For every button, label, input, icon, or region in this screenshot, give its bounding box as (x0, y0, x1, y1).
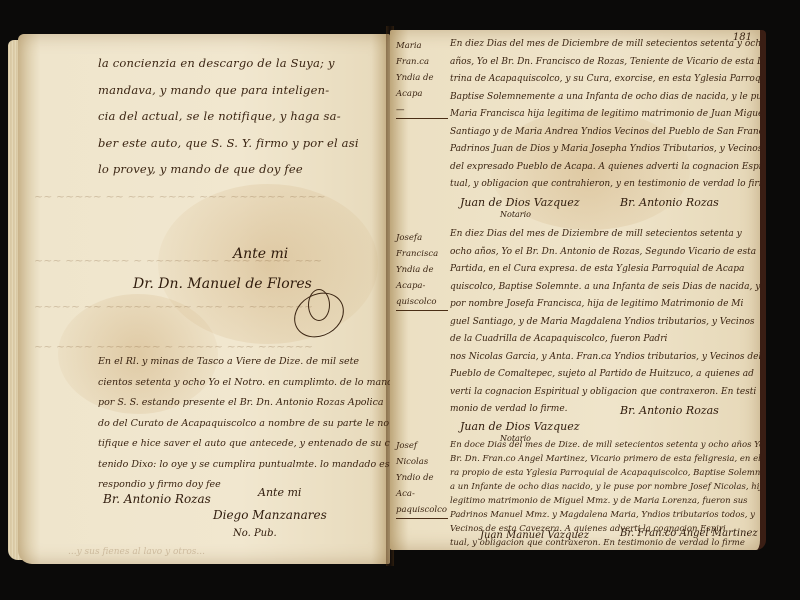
ante-mi-label-2: Ante mi (258, 486, 301, 499)
text-line: Baptise Solemnemente a una Infanta de oc… (450, 89, 755, 107)
text-line: Br. Dn. Fran.co Angel Martinez, Vicario … (450, 452, 755, 466)
text-line: Partida, en el Cura expresa. de esta Ygl… (450, 261, 755, 279)
text-line: Padrinos Juan de Dios y Maria Josepha Yn… (450, 141, 755, 159)
left-lower-paragraph: En el Rl. y minas de Tasco a Viere de Di… (98, 352, 388, 496)
right-page: 181 Maria Fran.ca Yndia de Acapa — En di… (390, 30, 766, 550)
text-line: ber este auto, que S. S. Y. firmo y por … (98, 130, 388, 157)
signature-priest-entry-2: Br. Antonio Rozas (620, 404, 719, 417)
text-line: En el Rl. y minas de Tasco a Viere de Di… (98, 352, 388, 373)
text-line: del expresado Pueblo de Acapa. A quienes… (450, 159, 755, 177)
text-line: años, Yo el Br. Dn. Francisco de Rozas, … (450, 54, 755, 72)
signature-notary-entry-1: Juan de Dios Vazquez (460, 196, 580, 209)
left-page: ~~ ~~~~~ ~~ ~~~ ~~~~ ~~~ ~~~~~~ ~~~~ ~~~… (18, 34, 390, 564)
signature-left: Br. Antonio Rozas (103, 492, 211, 506)
text-line: quiscolco, Baptise Solemnte. a una Infan… (450, 279, 755, 297)
margin-note-line: Josefa Francisca (396, 230, 448, 262)
signature-notary-title: No. Pub. (233, 528, 277, 539)
text-line: En diez Dias del mes de Diziembre de mil… (450, 226, 755, 244)
text-line: guel Santiago, y de Maria Magdalena Yndi… (450, 314, 755, 332)
margin-note-line: Yndia de Acapa (396, 70, 448, 102)
text-line: trina de Acapaquiscolco, y su Cura, exor… (450, 71, 755, 89)
text-line: ocho años, Yo el Br. Dn. Antonio de Roza… (450, 244, 755, 262)
text-line: En diez Dias del mes de Diciembre de mil… (450, 36, 755, 54)
bottom-bleed-text: ...y sus fienes al lavo y otros... (68, 539, 205, 564)
ante-mi-label: Ante mi (233, 246, 288, 262)
text-line: cia del actual, se le notifique, y haga … (98, 103, 388, 130)
signature-notary-entry-2: Juan de Dios Vazquez (460, 420, 580, 433)
rubric-flourish-icon (308, 289, 330, 321)
margin-note-entry-1: Maria Fran.ca Yndia de Acapa — (396, 38, 448, 119)
margin-note-line: Maria Fran.ca (396, 38, 448, 70)
text-line: cientos setenta y ocho Yo el Notro. en c… (98, 373, 388, 394)
text-line: de la Cuadrilla de Acapaquiscolco, fuero… (450, 331, 755, 349)
signature-priest-entry-3: Br. Fran.co Angel Martinez (620, 528, 758, 539)
margin-note-line: Josef Nicolas (396, 438, 448, 470)
baptism-entry-1: En diez Dias del mes de Diciembre de mil… (450, 36, 755, 194)
text-line: En doce Dias del mes de Dize. de mill se… (450, 438, 755, 452)
bleed-through-text: ~~~~~ ~~ ~~~~~ ~~~~ ~~~ ~~ ~~~~~~~ (34, 294, 313, 320)
text-line: lo provey, y mando de que doy fee (98, 156, 388, 183)
text-line: por S. S. estando presente el Br. Dn. An… (98, 393, 388, 414)
text-line: tual, y obligacion que contrahieron, y e… (450, 176, 755, 194)
margin-note-line: — (396, 102, 448, 119)
baptism-entry-2: En diez Dias del mes de Diziembre de mil… (450, 226, 755, 419)
bleed-through-text: ~~ ~~~~~ ~~ ~~~ ~~~~ ~~~ ~~~~~~ ~~~~ (34, 184, 326, 210)
text-line: por nombre Josefa Francisca, hija de leg… (450, 296, 755, 314)
text-line: Pueblo de Comaltepec, sujeto al Partido … (450, 366, 755, 384)
text-line: a un Infante de ocho dias nacido, y le p… (450, 480, 755, 494)
open-manuscript-book: ~~ ~~~~~ ~~ ~~~ ~~~~ ~~~ ~~~~~~ ~~~~ ~~~… (8, 26, 778, 566)
text-line: tifique e hice saver el auto que anteced… (98, 434, 388, 455)
signature-notary: Diego Manzanares (213, 508, 327, 522)
text-line: legitimo matrimonio de Miguel Mmz. y de … (450, 494, 755, 508)
signature-notary-title-entry-1: Notario (500, 210, 531, 219)
signature-priest-entry-1: Br. Antonio Rozas (620, 196, 719, 209)
text-line: verti la cognacion Espiritual y obligaci… (450, 384, 755, 402)
margin-note-entry-2: Josefa Francisca Yndia de Acapa- quiscol… (396, 230, 448, 311)
text-line: mandava, y mando que para inteligen- (98, 77, 388, 104)
margin-note-entry-3: Josef Nicolas Yndio de Aca- paquiscolco (396, 438, 448, 519)
text-line: nos Nicolas Garcia, y Anta. Fran.ca Yndi… (450, 349, 755, 367)
margin-note-line: Yndio de Aca- (396, 470, 448, 502)
text-line: Padrinos Manuel Mmz. y Magdalena Maria, … (450, 508, 755, 522)
text-line: Maria Francisca hija legitima de legitim… (450, 106, 755, 124)
margin-note-line: paquiscolco (396, 502, 448, 519)
text-line: do del Curato de Acapaquiscolco a nombre… (98, 414, 388, 435)
signature-main: Dr. Dn. Manuel de Flores (133, 276, 312, 292)
text-line: la concienzia en descargo de la Suya; y (98, 50, 388, 77)
margin-note-line: Yndia de Acapa- (396, 262, 448, 294)
text-line: Santiago y de Maria Andrea Yndios Vecino… (450, 124, 755, 142)
text-line: ra propio de esta Yglesia Parroquial de … (450, 466, 755, 480)
signature-notary-entry-3: Juan Manuel Vazquez (480, 530, 589, 541)
text-line: tenido Dixo: lo oye y se cumplira puntua… (98, 455, 388, 476)
left-upper-paragraph: la concienzia en descargo de la Suya; y … (98, 50, 388, 183)
margin-note-line: quiscolco (396, 294, 448, 311)
